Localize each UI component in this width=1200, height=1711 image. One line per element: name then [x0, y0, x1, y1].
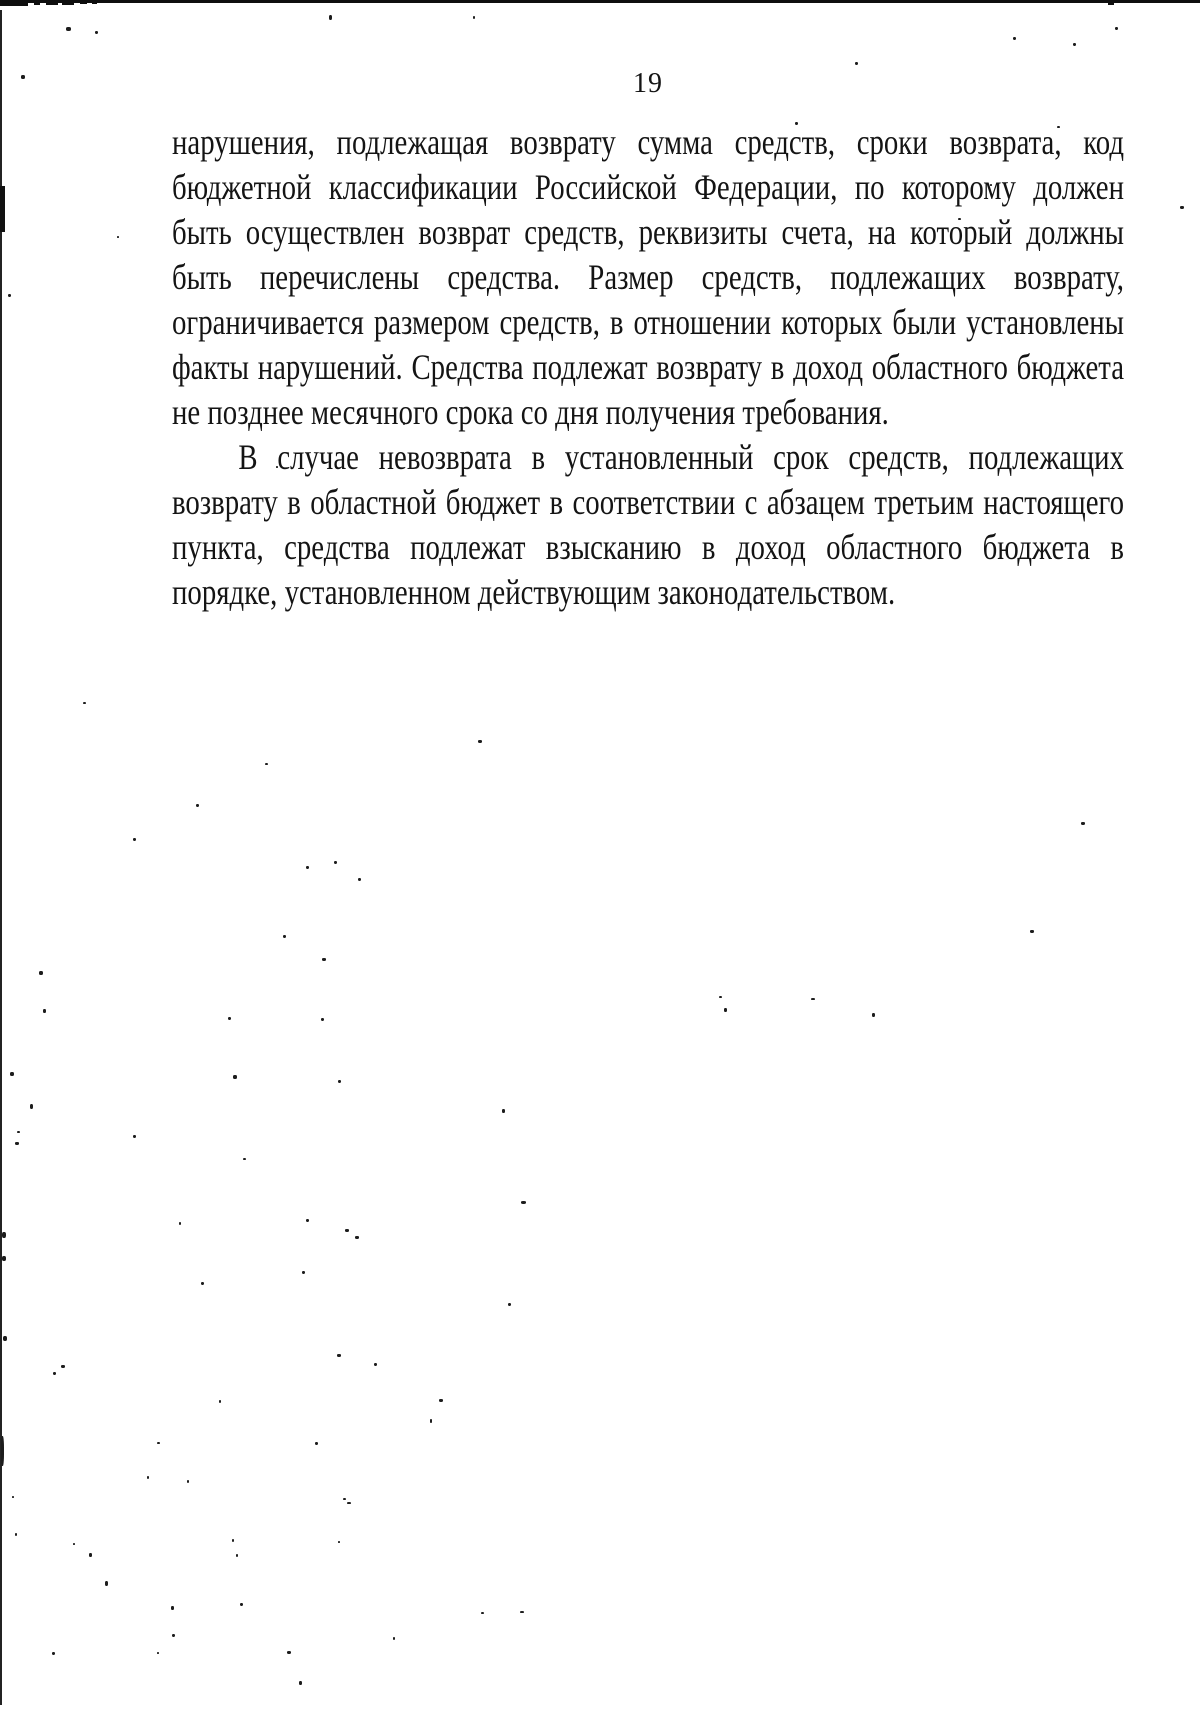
scan-noise-dot: [502, 1109, 505, 1113]
scan-top-edge-dash: [34, 0, 40, 5]
scan-noise-dot: [338, 1541, 340, 1543]
scan-top-edge-dash: [62, 0, 74, 5]
scan-noise-dot: [811, 998, 815, 1000]
scan-noise-dot: [1115, 27, 1118, 30]
paragraph-1-line: ограничивается размером средств, в отнош…: [172, 300, 1124, 345]
scan-noise-dot: [306, 866, 309, 869]
scan-noise-dot: [481, 1612, 484, 1614]
paragraph-1-line: нарушения, подлежащая возврату сумма сре…: [172, 120, 1124, 165]
scan-noise-dot: [872, 1013, 875, 1017]
scan-noise-dot: [201, 1282, 204, 1285]
scan-top-edge-dash: [0, 0, 28, 6]
paragraph-2-line: возврату в областной бюджет в соответств…: [172, 480, 1124, 525]
scan-noise-dot: [196, 804, 199, 807]
scan-noise-dot: [315, 1442, 318, 1445]
scan-noise-dot: [172, 1634, 175, 1637]
scan-noise-dot: [355, 1236, 359, 1239]
scan-noise-dot: [520, 1611, 524, 1613]
scanned-document-page: 19 нарушения, подлежащая возврату сумма …: [0, 0, 1200, 1711]
scan-top-edge-artifact: [0, 0, 1200, 3]
scan-noise-dot: [855, 62, 858, 65]
scan-noise-dot: [233, 1075, 237, 1079]
scan-noise-dot: [283, 935, 286, 938]
scan-noise-dot: [53, 1372, 56, 1375]
scan-noise-dot: [61, 1365, 65, 1368]
scan-noise-dot: [1013, 37, 1016, 40]
scan-noise-dot: [95, 31, 98, 34]
scan-noise-dot: [232, 1539, 234, 1542]
scan-noise-dot: [347, 1502, 351, 1504]
scan-noise-dot: [1073, 43, 1076, 46]
scan-noise-dot: [171, 1606, 174, 1610]
scan-noise-dot: [521, 1201, 526, 1204]
scan-noise-dot: [724, 1008, 727, 1012]
scan-noise-dot: [133, 1135, 136, 1138]
scan-noise-dot: [990, 184, 992, 186]
scan-noise-dot: [8, 294, 11, 297]
scan-noise-dot: [17, 1131, 20, 1133]
scan-noise-dot: [439, 1399, 443, 1402]
scan-noise-dot: [15, 1142, 19, 1145]
scan-noise-dot: [1057, 126, 1060, 128]
scan-noise-dot: [1180, 206, 1184, 209]
scan-noise-dot: [287, 1651, 291, 1654]
scan-noise-dot: [321, 1018, 324, 1021]
scan-noise-dot: [345, 1229, 349, 1232]
scan-noise-dot: [276, 466, 278, 468]
paragraph-1-line: быть перечислены средства. Размер средст…: [172, 255, 1124, 300]
scan-noise-dot: [66, 27, 71, 31]
scan-noise-dot: [1081, 822, 1085, 825]
scan-noise-dot: [329, 15, 332, 20]
scan-noise-dot: [15, 1533, 17, 1536]
scan-noise-dot: [265, 763, 268, 765]
scan-noise-dot: [374, 1363, 377, 1366]
page-number: 19: [633, 70, 663, 98]
scan-noise-dot: [117, 236, 119, 238]
scan-noise-dot: [179, 1222, 181, 1225]
scan-noise-dot: [89, 1553, 92, 1557]
scan-noise-dot: [52, 1652, 55, 1655]
scan-left-edge-blob: [0, 186, 5, 232]
scan-noise-dot: [338, 1080, 341, 1083]
scan-noise-dot: [12, 1496, 14, 1498]
paragraph-1-line: быть осуществлен возврат средств, реквиз…: [172, 210, 1124, 255]
scan-noise-dot: [958, 218, 961, 220]
scan-noise-dot: [39, 971, 43, 975]
document-body: нарушения, подлежащая возврату сумма сре…: [172, 120, 1124, 615]
scan-noise-dot: [1, 1436, 4, 1466]
scan-noise-dot: [157, 1652, 159, 1654]
scan-noise-dot: [73, 1543, 75, 1545]
scan-noise-dot: [343, 1498, 346, 1500]
scan-noise-dot: [228, 1017, 231, 1020]
scan-noise-dot: [334, 861, 337, 864]
scan-noise-dot: [302, 1271, 305, 1274]
scan-noise-dot: [3, 1336, 7, 1341]
scan-top-edge-dash: [80, 0, 87, 4]
scan-noise-dot: [83, 702, 86, 704]
scan-noise-dot: [795, 122, 798, 125]
paragraph-1-line: бюджетной классификации Российской Федер…: [172, 165, 1124, 210]
scan-noise-dot: [219, 1400, 221, 1403]
paragraph-1-line: не позднее месячного срока со дня получе…: [172, 390, 1124, 435]
scan-top-edge-dash: [1108, 2, 1114, 5]
scan-noise-dot: [10, 1072, 14, 1076]
scan-noise-dot: [478, 740, 482, 743]
scan-noise-dot: [147, 1476, 149, 1479]
scan-noise-dot: [393, 1637, 395, 1640]
paragraph-2-line: порядке, установленном действующим закон…: [172, 570, 1124, 615]
paragraph-1-line: факты нарушений. Средства подлежат возвр…: [172, 345, 1124, 390]
scan-noise-dot: [306, 1219, 309, 1222]
scan-noise-dot: [240, 1603, 243, 1606]
scan-noise-dot: [157, 1442, 160, 1444]
scan-noise-dot: [430, 1419, 432, 1423]
scan-noise-dot: [508, 1303, 511, 1306]
scan-noise-dot: [30, 1104, 33, 1109]
scan-noise-dot: [43, 1009, 46, 1013]
scan-noise-dot: [187, 1480, 189, 1483]
scan-noise-dot: [358, 878, 361, 881]
scan-noise-dot: [2, 1232, 6, 1238]
scan-noise-dot: [105, 1581, 108, 1586]
scan-noise-dot: [299, 1681, 302, 1685]
scan-noise-dot: [133, 838, 136, 841]
scan-noise-dot: [21, 75, 25, 79]
scan-top-edge-dash: [46, 0, 58, 5]
scan-noise-dot: [473, 16, 475, 19]
paragraph-2-line: пункта, средства подлежат взысканию в до…: [172, 525, 1124, 570]
scan-noise-dot: [2, 1256, 6, 1261]
scan-noise-dot: [236, 1554, 238, 1557]
scan-top-edge-dash: [92, 0, 97, 4]
scan-noise-dot: [403, 422, 405, 425]
scan-noise-dot: [1030, 930, 1034, 933]
scan-noise-dot: [243, 1158, 246, 1160]
scan-noise-dot: [337, 1354, 341, 1357]
scan-noise-dot: [719, 996, 722, 998]
scan-noise-dot: [322, 958, 326, 961]
paragraph-2-line: В случае невозврата в установленный срок…: [172, 435, 1124, 480]
